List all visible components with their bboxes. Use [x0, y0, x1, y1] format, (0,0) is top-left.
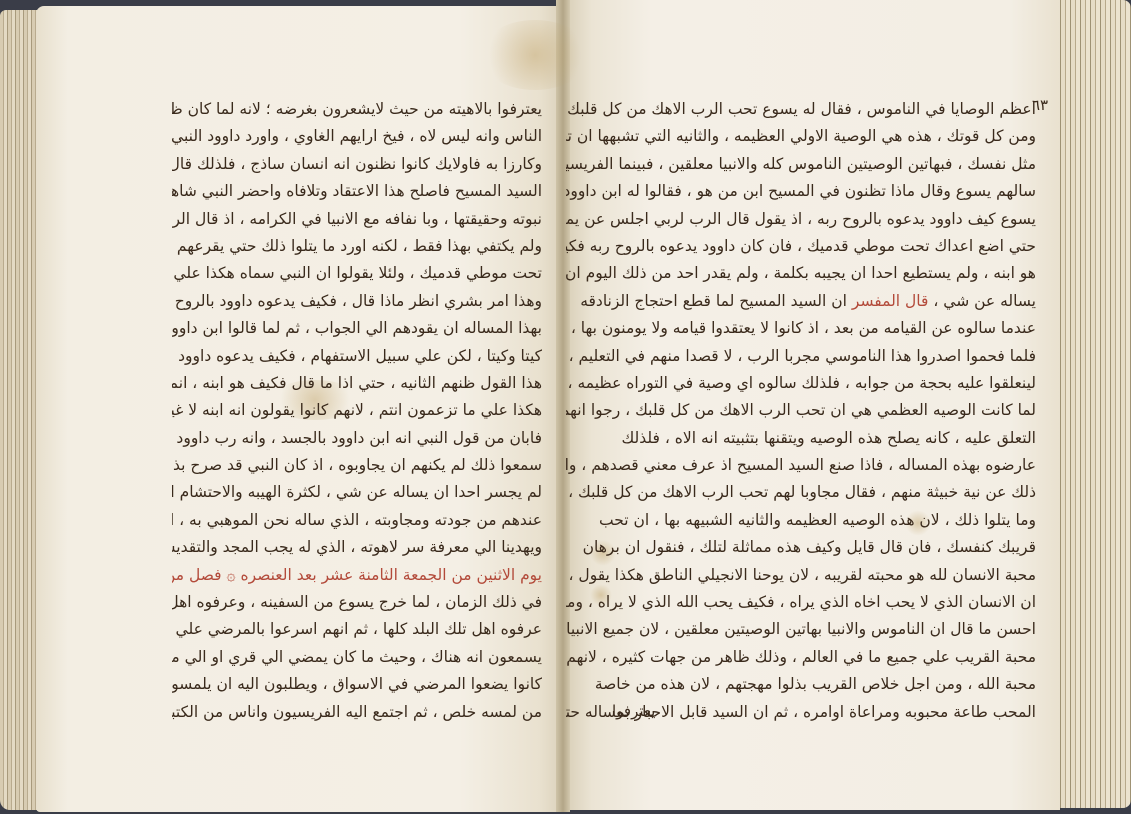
text-line: وهذا امر بشري انظر ماذا قال ، فكيف يدعوه… [172, 288, 542, 315]
text-line: قريبك كنفسك ، فان قال قايل وكيف هذه مماث… [566, 534, 1036, 561]
text-line: وما يتلوا ذلك ، لان هذه الوصيه العظيمه و… [566, 507, 1036, 534]
text-line: لينعلقوا عليه بحجة من جوابه ، فلذلك سالو… [566, 370, 1036, 397]
text-line: محبة الله ، ومن اجل خلاص القريب بذلوا مه… [566, 671, 1036, 698]
text-line: سالهم يسوع وقال ماذا تظنون في المسيح ابن… [566, 178, 1036, 205]
text-line: في ذلك الزمان ، لما خرج يسوع من السفينه … [172, 589, 542, 616]
text-line: اعظم الوصايا في الناموس ، فقال له يسوع ت… [566, 96, 1036, 123]
text-line: التعلق عليه ، كانه يصلح هذه الوصيه ويتقن… [566, 425, 1036, 452]
text-line: سمعوا ذلك لم يكنهم ان يجاوبوه ، اذ كان ا… [172, 452, 542, 479]
text-line: ان الانسان الذي لا يحب اخاه الذي يراه ، … [566, 589, 1036, 616]
text-line: عندهم من جودته ومجاوبته ، الذي ساله نحن … [172, 507, 542, 534]
right-page-text: اعظم الوصايا في الناموس ، فقال له يسوع ت… [566, 96, 1036, 726]
text-line: الناس وانه ليس لاه ، فيخ ارايهم الغاوي ،… [172, 123, 542, 150]
text-line: هكذا علي ما تزعمون انتم ، لانهم كانوا يق… [172, 397, 542, 424]
text-line: كيتا وكيتا ، لكن علي سبيل الاستفهام ، فك… [172, 343, 542, 370]
text-line: يسوع كيف داوود يدعوه بالروح ربه ، اذ يقو… [566, 206, 1036, 233]
text-line: احسن ما قال ان الناموس والانبيا بهاتين ا… [566, 616, 1036, 643]
rubric-heading: يوم الاثنين من الجمعة الثامنة عشر بعد ال… [172, 562, 542, 589]
text-line: هذا القول ظنهم الثانيه ، حتي اذا ما قال … [172, 370, 542, 397]
text-line: يسمعون انه هناك ، وحيث ما كان يمضي الي ق… [172, 644, 542, 671]
text-line: ذلك عن نية خبيثة منهم ، فقال مجاوبا لهم … [566, 479, 1036, 506]
text-line: نبوته وحقيقتها ، وبا نفافه مع الانبيا في… [172, 206, 542, 233]
text-line: يعترفوا بالاهيته من حيث لايشعرون بغرضه ؛… [172, 96, 542, 123]
left-page-text: يعترفوا بالاهيته من حيث لايشعرون بغرضه ؛… [172, 96, 542, 726]
text-line: عندما سالوه عن القيامه من بعد ، اذ كانوا… [566, 315, 1036, 342]
text-fragment: ان السيد المسيح لما قطع احتجاج الزنادقه [580, 292, 847, 310]
text-fragment: يساله عن شي ، [933, 292, 1036, 310]
text-line: ومن كل قوتك ، هذه هي الوصية الاولي العظي… [566, 123, 1036, 150]
text-line: فلما فحموا اصدروا هذا الناموسي مجربا الر… [566, 343, 1036, 370]
text-line: فابان من قول النبي انه ابن داوود بالجسد … [172, 425, 542, 452]
text-line: كانوا يضعوا المرضي في الاسواق ، ويطلبون … [172, 671, 542, 698]
rubric-line: يساله عن شي ، قال المفسر ان السيد المسيح… [566, 288, 1036, 315]
open-manuscript: ٦٣ يعترفوا بالاهيته من حيث لايشعرون بغرض… [0, 0, 1131, 814]
text-line: تحت موطي قدميك ، ولئلا يقولوا ان النبي س… [172, 260, 542, 287]
text-line: من لمسه خلص ، ثم اجتمع اليه الفريسيون وا… [172, 699, 542, 726]
text-line: محبة القريب علي جميع ما في العالم ، وذلك… [566, 644, 1036, 671]
text-line: ويهدينا الي معرفة سر لاهوته ، الذي له يج… [172, 534, 542, 561]
right-page-edges [1051, 0, 1131, 808]
text-line: بهذا المساله ان يقودهم الي الجواب ، ثم ل… [172, 315, 542, 342]
text-line: لم يجسر احدا ان يساله عن شي ، لكثرة الهي… [172, 479, 542, 506]
text-line: عرفوه اهل تلك البلد كلها ، ثم انهم اسرعو… [172, 616, 542, 643]
text-line: السيد المسيح فاصلح هذا الاعتقاد وتلافاه … [172, 178, 542, 205]
text-line: عارضوه بهذه المساله ، فاذا صنع السيد الم… [566, 452, 1036, 479]
water-stain [480, 20, 590, 90]
catchword: يعترفوا [612, 702, 655, 720]
rubric-commentator-heading: قال المفسر [852, 292, 929, 310]
text-line: محبة الانسان لله هو محبته لقريبه ، لان ي… [566, 562, 1036, 589]
text-line: ولم يكتفي بهذا فقط ، لكنه اورد ما يتلوا … [172, 233, 542, 260]
text-line: لما كانت الوصيه العظمي هي ان تحب الرب ال… [566, 397, 1036, 424]
text-line: حتي اضع اعداك تحت موطي قدميك ، فان كان د… [566, 233, 1036, 260]
text-line: مثل نفسك ، فبهاتين الوصيتين الناموس كله … [566, 151, 1036, 178]
text-line: وكارزا به فاولايك كانوا نظنون انه انسان … [172, 151, 542, 178]
text-line: هو ابنه ، ولم يستطيع احدا ان يجيبه بكلمة… [566, 260, 1036, 287]
